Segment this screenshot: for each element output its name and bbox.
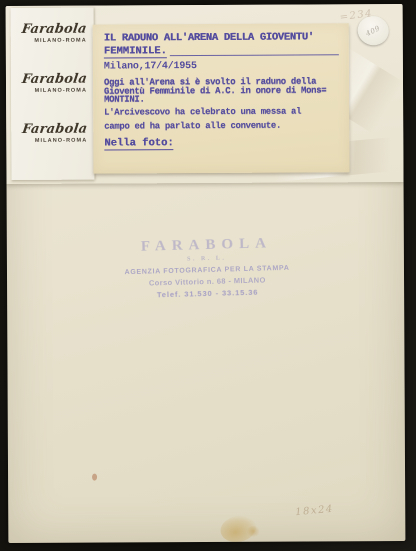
underline-rule [170, 54, 339, 56]
farabola-label: Farabola MILANO-ROMA [22, 72, 87, 94]
farabola-logo-text: Farabola [21, 122, 88, 137]
pencil-annotation-print-size: 18x24 [295, 504, 334, 519]
stamp-phone: Telef. 31.530 - 33.15.36 [113, 286, 303, 300]
farabola-label: Farabola MILANO-ROMA [22, 22, 87, 44]
typed-caption-label: IL RADUNO ALL'ARENA DELLA GIOVENTU' FEMM… [93, 23, 350, 173]
paper-speck [92, 474, 97, 481]
caption-footer: Nella foto: [104, 137, 173, 150]
stamp-agency-name: FARABOLA [111, 235, 301, 257]
farabola-logo-text: Farabola [21, 22, 88, 37]
agency-label-strip: Farabola MILANO-ROMA Farabola MILANO-ROM… [11, 8, 95, 180]
caption-title-line1: IL RADUNO ALL'ARENA DELLA GIOVENTU' [104, 31, 341, 44]
photo-back-paper: Farabola MILANO-ROMA Farabola MILANO-ROM… [6, 4, 406, 543]
sticker-pencil-mark: 409 [365, 24, 382, 38]
farabola-ink-stamp: FARABOLA S. R. L. AGENZIA FOTOGRAFICA PE… [111, 235, 303, 301]
caption-title-line2-row: FEMMINILE. [104, 44, 341, 58]
scanned-photo-back: Farabola MILANO-ROMA Farabola MILANO-ROM… [0, 0, 416, 551]
caption-body-line: L'Arcivescovo ha celebrato una messa al [104, 105, 341, 118]
caption-title-line2: FEMMINILE. [104, 45, 167, 58]
farabola-location-text: MILANO-ROMA [22, 88, 87, 94]
paper-stain [246, 526, 260, 537]
farabola-logo-text: Farabola [21, 72, 88, 87]
caption-body-line: MONTINI. [104, 94, 341, 104]
caption-body: Oggi all'Arena si è svolto il raduno del… [104, 77, 341, 132]
farabola-location-text: MILANO-ROMA [22, 38, 87, 44]
farabola-label: Farabola MILANO-ROMA [22, 122, 87, 144]
caption-dateline: Milano,17/4/1955 [104, 60, 341, 72]
farabola-location-text: MILANO-ROMA [22, 138, 87, 144]
